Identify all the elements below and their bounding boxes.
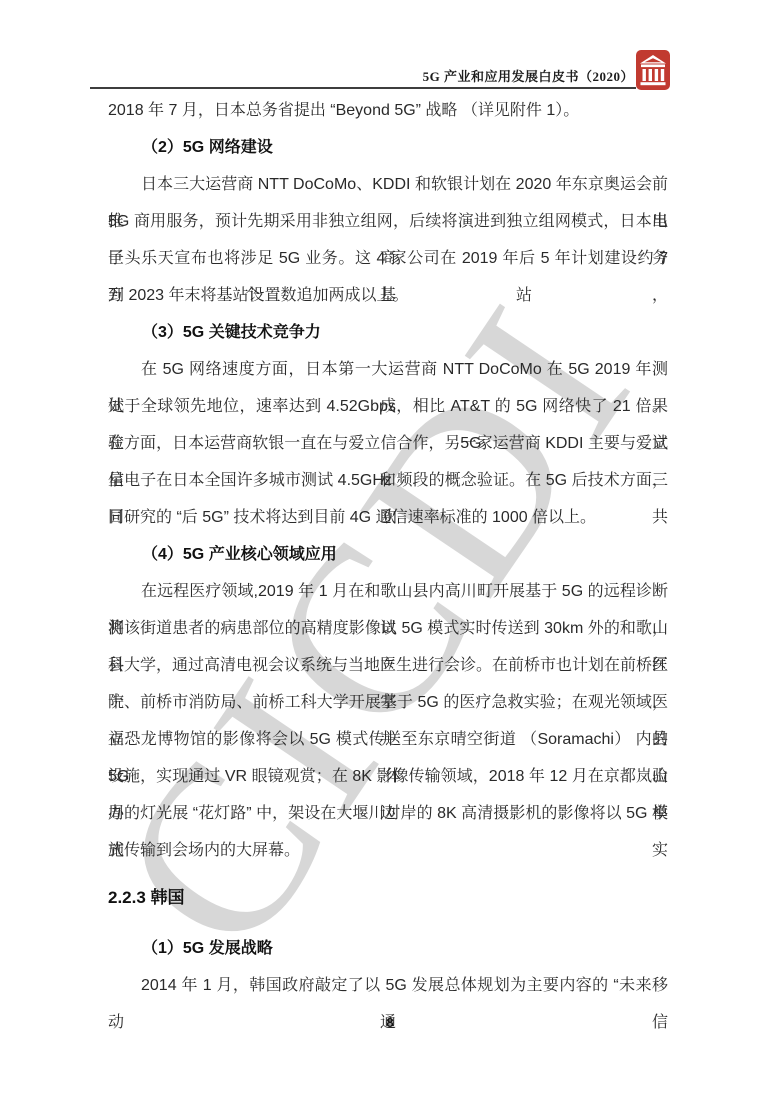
document-page: CICDI 5G 产业和应用发展白皮书（2020） 2018 年 7 月，日本总… — [0, 0, 780, 1102]
text-line: 立恐龙博物馆的影像将会以 5G 模式传送至东京晴空街道 （Soramachi） … — [108, 721, 668, 758]
text-line: 同研究的 “后 5G” 技术将达到目前 4G 通信速率标准的 1000 倍以上。 — [108, 499, 668, 536]
text-line: 巨头乐天宣布也将涉足 5G 业务。这 4 家公司在 2019 年后 5 年计划建… — [108, 240, 668, 277]
header-title: 5G 产业和应用发展白皮书（2020） — [423, 66, 634, 85]
section-heading: 2.2.3 韩国 — [108, 879, 668, 916]
page-footer: 8 — [0, 1014, 780, 1032]
text-line: 办的灯光展 “花灯路” 中，架设在大堰川对岸的 8K 高清摄影机的影像将以 5G… — [108, 795, 668, 832]
paragraph-heading: （1）5G 发展战略 — [108, 930, 668, 967]
text-line: 在 5G 网络速度方面，日本第一大运营商 NTT DoCoMo 在 5G 201… — [108, 351, 668, 388]
text-line: 在远程医疗领域,2019 年 1 月在和歌山县内高川町开展基于 5G 的远程诊断… — [108, 573, 668, 610]
text-line: 5G 商用服务，预计先期采用非独立组网，后续将演进到独立组网模式，日本电子商务 — [108, 203, 668, 240]
text-line: 科大学，通过高清电视会议系统与当地医生进行会诊。在前桥市也计划在前桥红十字医 — [108, 647, 668, 684]
page-number: 8 — [386, 1015, 393, 1030]
paragraph-heading: （3）5G 关键技术竞争力 — [108, 314, 668, 351]
header-rule — [90, 87, 636, 89]
text-line: 验方面，日本运营商软银一直在与爱立信合作，另一家运营商 KDDI 主要与爱立信和… — [108, 425, 668, 462]
text-line: 日本三大运营商 NTT DoCoMo、KDDI 和软银计划在 2020 年东京奥… — [108, 166, 668, 203]
document-body: 2018 年 7 月，日本总务省提出 “Beyond 5G” 战略 （详见附件 … — [108, 92, 668, 1004]
paragraph-heading: （2）5G 网络建设 — [108, 129, 668, 166]
text-line: 2014 年 1 月，韩国政府敲定了以 5G 发展总体规划为主要内容的 “未来移… — [108, 967, 668, 1004]
paragraph-heading: （4）5G 产业核心领域应用 — [108, 536, 668, 573]
cicdi-building-logo — [636, 50, 670, 90]
text-line: 将该街道患者的病患部位的高精度影像以 5G 模式实时传送到 30km 外的和歌山… — [108, 610, 668, 647]
text-line: 院、前桥市消防局、前桥工科大学开展基于 5G 的医疗急救实验；在观光领域，福井县 — [108, 684, 668, 721]
text-line: 星电子在日本全国许多城市测试 4.5GHz 频段的概念验证。在 5G 后技术方面… — [108, 462, 668, 499]
text-line: 设施，实现通过 VR 眼镜观赏；在 8K 影像传输领域，2018 年 12 月在… — [108, 758, 668, 795]
text-line: 处于全球领先地位，速率达到 4.52Gbps，相比 AT&T 的 5G 网络快了… — [108, 388, 668, 425]
text-line: 2018 年 7 月，日本总务省提出 “Beyond 5G” 战略 （详见附件 … — [108, 92, 668, 129]
